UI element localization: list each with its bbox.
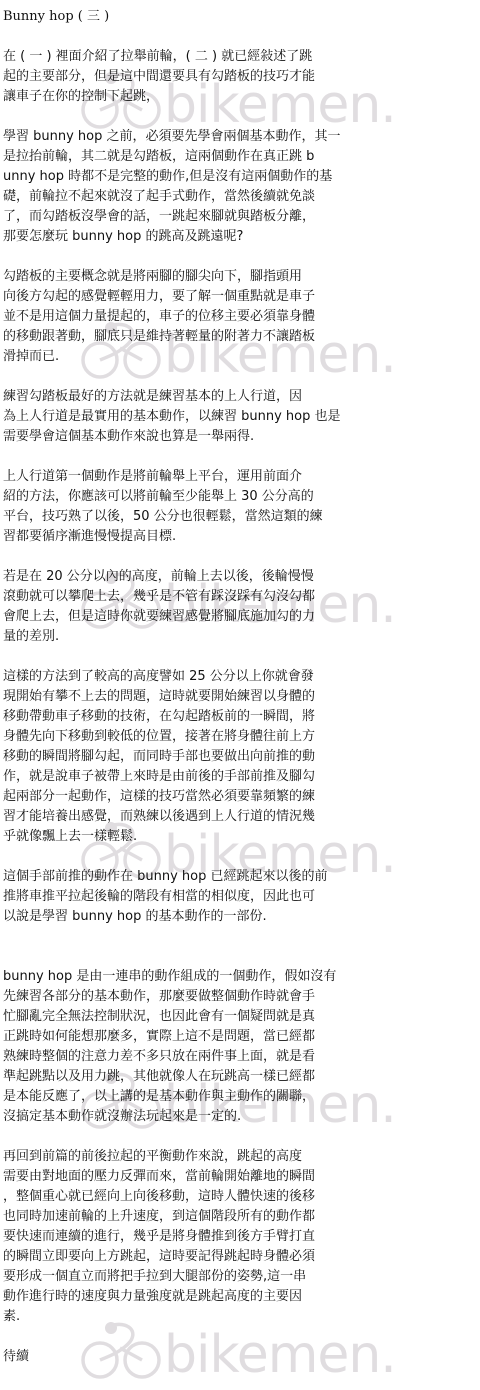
paragraph-line: 身體先向下移動到較低的位置，接著在將身體往前上方 [3, 727, 343, 747]
paragraph-line: 這個手部前推的動作在 bunny hop 已經跳起來以後的前 [3, 867, 343, 887]
paragraph-line: 紹的方法，你應該可以將前輪至少能舉上 30 公分高的 [3, 487, 343, 507]
paragraph-line: 習都要循序漸進慢慢提高目標. [3, 527, 343, 547]
paragraph-line: 再回到前篇的前後拉起的平衡動作來說，跳起的高度 [3, 1147, 343, 1167]
paragraph-line: 需要由對地面的壓力反彈而來，當前輪開始離地的瞬間 [3, 1167, 343, 1187]
paragraph-line: 要形成一個直立而將把手拉到大腿部份的姿勢,這一串 [3, 1267, 343, 1287]
paragraph-line: 並不是用這個力量提起的，車子的位移主要必須靠身體 [3, 307, 343, 327]
paragraph-line: 勾踏板的主要概念就是將兩腳的腳尖向下，腳指頭用 [3, 267, 343, 287]
paragraph-line: 礎，前輪拉不起來就沒了起手式動作，當然後續就免談 [3, 187, 343, 207]
article-title: Bunny hop ( 三 ) [3, 7, 343, 27]
paragraph-line: 作，就是說車子被帶上來時是由前後的手部前推及腳勾 [3, 767, 343, 787]
paragraph-line: 需要學會這個基本動作來說也算是一舉兩得. [3, 427, 343, 447]
paragraph: 這樣的方法到了較高的高度譬如 25 公分以上你就會發現開始有攀不上去的問題，這時… [3, 667, 343, 847]
spacer [3, 927, 343, 947]
paragraph: 練習勾踏板最好的方法就是練習基本的上人行道，因為上人行道是最實用的基本動作，以練… [3, 387, 343, 447]
paragraph-line: 是本能反應了，以上講的是基本動作與主動作的關聯， [3, 1087, 343, 1107]
paragraph-line: 要快速而連續的進行，幾乎是將身體推到後方手臂打直 [3, 1227, 343, 1247]
spacer [3, 367, 343, 387]
paragraph-line: 練習勾踏板最好的方法就是練習基本的上人行道，因 [3, 387, 343, 407]
paragraph-line: 先練習各部分的基本動作，那麼要做整個動作時就會手 [3, 987, 343, 1007]
paragraph-line: ，整個重心就已經向上向後移動，這時人體快速的後移 [3, 1187, 343, 1207]
spacer [3, 27, 343, 47]
paragraph-line: 動作進行時的速度與力量強度就是跳起高度的主要因 [3, 1287, 343, 1307]
spacer [3, 647, 343, 667]
paragraph: 在 ( 一 ) 裡面介紹了拉舉前輪，( 二 ) 就已經敍述了跳起的主要部分，但是… [3, 47, 343, 107]
paragraph: 再回到前篇的前後拉起的平衡動作來說，跳起的高度需要由對地面的壓力反彈而來，當前輪… [3, 1147, 343, 1327]
spacer [3, 547, 343, 567]
article-body: 在 ( 一 ) 裡面介紹了拉舉前輪，( 二 ) 就已經敍述了跳起的主要部分，但是… [3, 47, 343, 1347]
paragraph-line: 了，而勾踏板沒學會的話，一跳起來腳就與踏板分離， [3, 207, 343, 227]
paragraph-line: 滾動就可以攀爬上去，幾乎是不管有踩沒踩有勾沒勾都 [3, 587, 343, 607]
paragraph-line: 習才能培養出感覺，而熟練以後遇到上人行道的情況幾 [3, 807, 343, 827]
paragraph-line: 以說是學習 bunny hop 的基本動作的一部份. [3, 907, 343, 927]
paragraph-line: 若是在 20 公分以內的高度，前輪上去以後，後輪慢慢 [3, 567, 343, 587]
paragraph: 這個手部前推的動作在 bunny hop 已經跳起來以後的前推將車推平拉起後輪的… [3, 867, 343, 927]
paragraph-line: 熟練時整個的注意力差不多只放在兩件事上面，就是看 [3, 1047, 343, 1067]
paragraph-line: 的瞬間立即要向上方跳起，這時要記得跳起時身體必須 [3, 1247, 343, 1267]
spacer [3, 947, 343, 967]
paragraph-line: 為上人行道是最實用的基本動作，以練習 bunny hop 也是 [3, 407, 343, 427]
paragraph-line: 上人行道第一個動作是將前輪舉上平台，運用前面介 [3, 467, 343, 487]
paragraph-line: 會爬上去，但是這時你就要練習感覺將腳底施加勾的力 [3, 607, 343, 627]
paragraph: 學習 bunny hop 之前，必須要先學會兩個基本動作，其一是拉抬前輪，其二就… [3, 127, 343, 247]
paragraph-line: 乎就像飄上去一樣輕鬆. [3, 827, 343, 847]
spacer [3, 447, 343, 467]
paragraph-line: 的移動跟著動，腳底只是維持著輕量的附著力不讓踏板 [3, 327, 343, 347]
paragraph-line: 滑掉而已. [3, 347, 343, 367]
paragraph-line: 在 ( 一 ) 裡面介紹了拉舉前輪，( 二 ) 就已經敍述了跳 [3, 47, 343, 67]
paragraph-line: 現開始有攀不上去的問題，這時就要開始練習以身體的 [3, 687, 343, 707]
to-be-continued: 待續 [3, 1347, 343, 1367]
paragraph: 勾踏板的主要概念就是將兩腳的腳尖向下，腳指頭用向後方勾起的感覺輕輕用力，要了解一… [3, 267, 343, 367]
paragraph-line: 起的主要部分，但是這中間還要具有勾踏板的技巧才能 [3, 67, 343, 87]
paragraph-line: 量的差別. [3, 627, 343, 647]
paragraph: 上人行道第一個動作是將前輪舉上平台，運用前面介紹的方法，你應該可以將前輪至少能舉… [3, 467, 343, 547]
paragraph-line: bunny hop 是由一連串的動作組成的一個動作，假如沒有 [3, 967, 343, 987]
paragraph-line: unny hop 時都不是完整的動作,但是沒有這兩個動作的基 [3, 167, 343, 187]
paragraph-line: 移動帶動車子移動的技術，在勾起踏板前的一瞬間，將 [3, 707, 343, 727]
paragraph-line: 向後方勾起的感覺輕輕用力，要了解一個重點就是車子 [3, 287, 343, 307]
spacer [3, 247, 343, 267]
paragraph-line: 準起跳點以及用力跳，其他就像人在玩跳高一樣已經都 [3, 1067, 343, 1087]
paragraph-line: 這樣的方法到了較高的高度譬如 25 公分以上你就會發 [3, 667, 343, 687]
paragraph-line: 忙腳亂完全無法控制狀況，也因此會有一個疑問就是真 [3, 1007, 343, 1027]
paragraph: 若是在 20 公分以內的高度，前輪上去以後，後輪慢慢滾動就可以攀爬上去，幾乎是不… [3, 567, 343, 647]
paragraph-line: 推將車推平拉起後輪的階段有相當的相似度，因此也可 [3, 887, 343, 907]
spacer [3, 1127, 343, 1147]
paragraph-line: 平台，技巧熟了以後，50 公分也很輕鬆，當然這類的練 [3, 507, 343, 527]
paragraph-line: 移動的瞬間將腳勾起，而同時手部也要做出向前推的動 [3, 747, 343, 767]
paragraph-line: 起兩部分一起動作，這樣的技巧當然必須要靠頻繁的練 [3, 787, 343, 807]
spacer [3, 107, 343, 127]
spacer [3, 1327, 343, 1347]
paragraph-line: 也同時加速前輪的上升速度，到這個階段所有的動作都 [3, 1207, 343, 1227]
article: Bunny hop ( 三 ) 在 ( 一 ) 裡面介紹了拉舉前輪，( 二 ) … [0, 0, 343, 1367]
paragraph-line: 那要怎麼玩 bunny hop 的跳高及跳遠呢? [3, 227, 343, 247]
paragraph-line: 讓車子在你的控制下起跳， [3, 87, 343, 107]
paragraph-line: 素. [3, 1307, 343, 1327]
paragraph-line: 正跳時如何能想那麼多，實際上這不是問題，當已經都 [3, 1027, 343, 1047]
paragraph-line: 沒搞定基本動作就沒辦法玩起來是一定的. [3, 1107, 343, 1127]
paragraph-line: 學習 bunny hop 之前，必須要先學會兩個基本動作，其一 [3, 127, 343, 147]
paragraph-line: 是拉抬前輪，其二就是勾踏板，這兩個動作在真正跳 b [3, 147, 343, 167]
spacer [3, 847, 343, 867]
paragraph: bunny hop 是由一連串的動作組成的一個動作，假如沒有先練習各部分的基本動… [3, 967, 343, 1127]
